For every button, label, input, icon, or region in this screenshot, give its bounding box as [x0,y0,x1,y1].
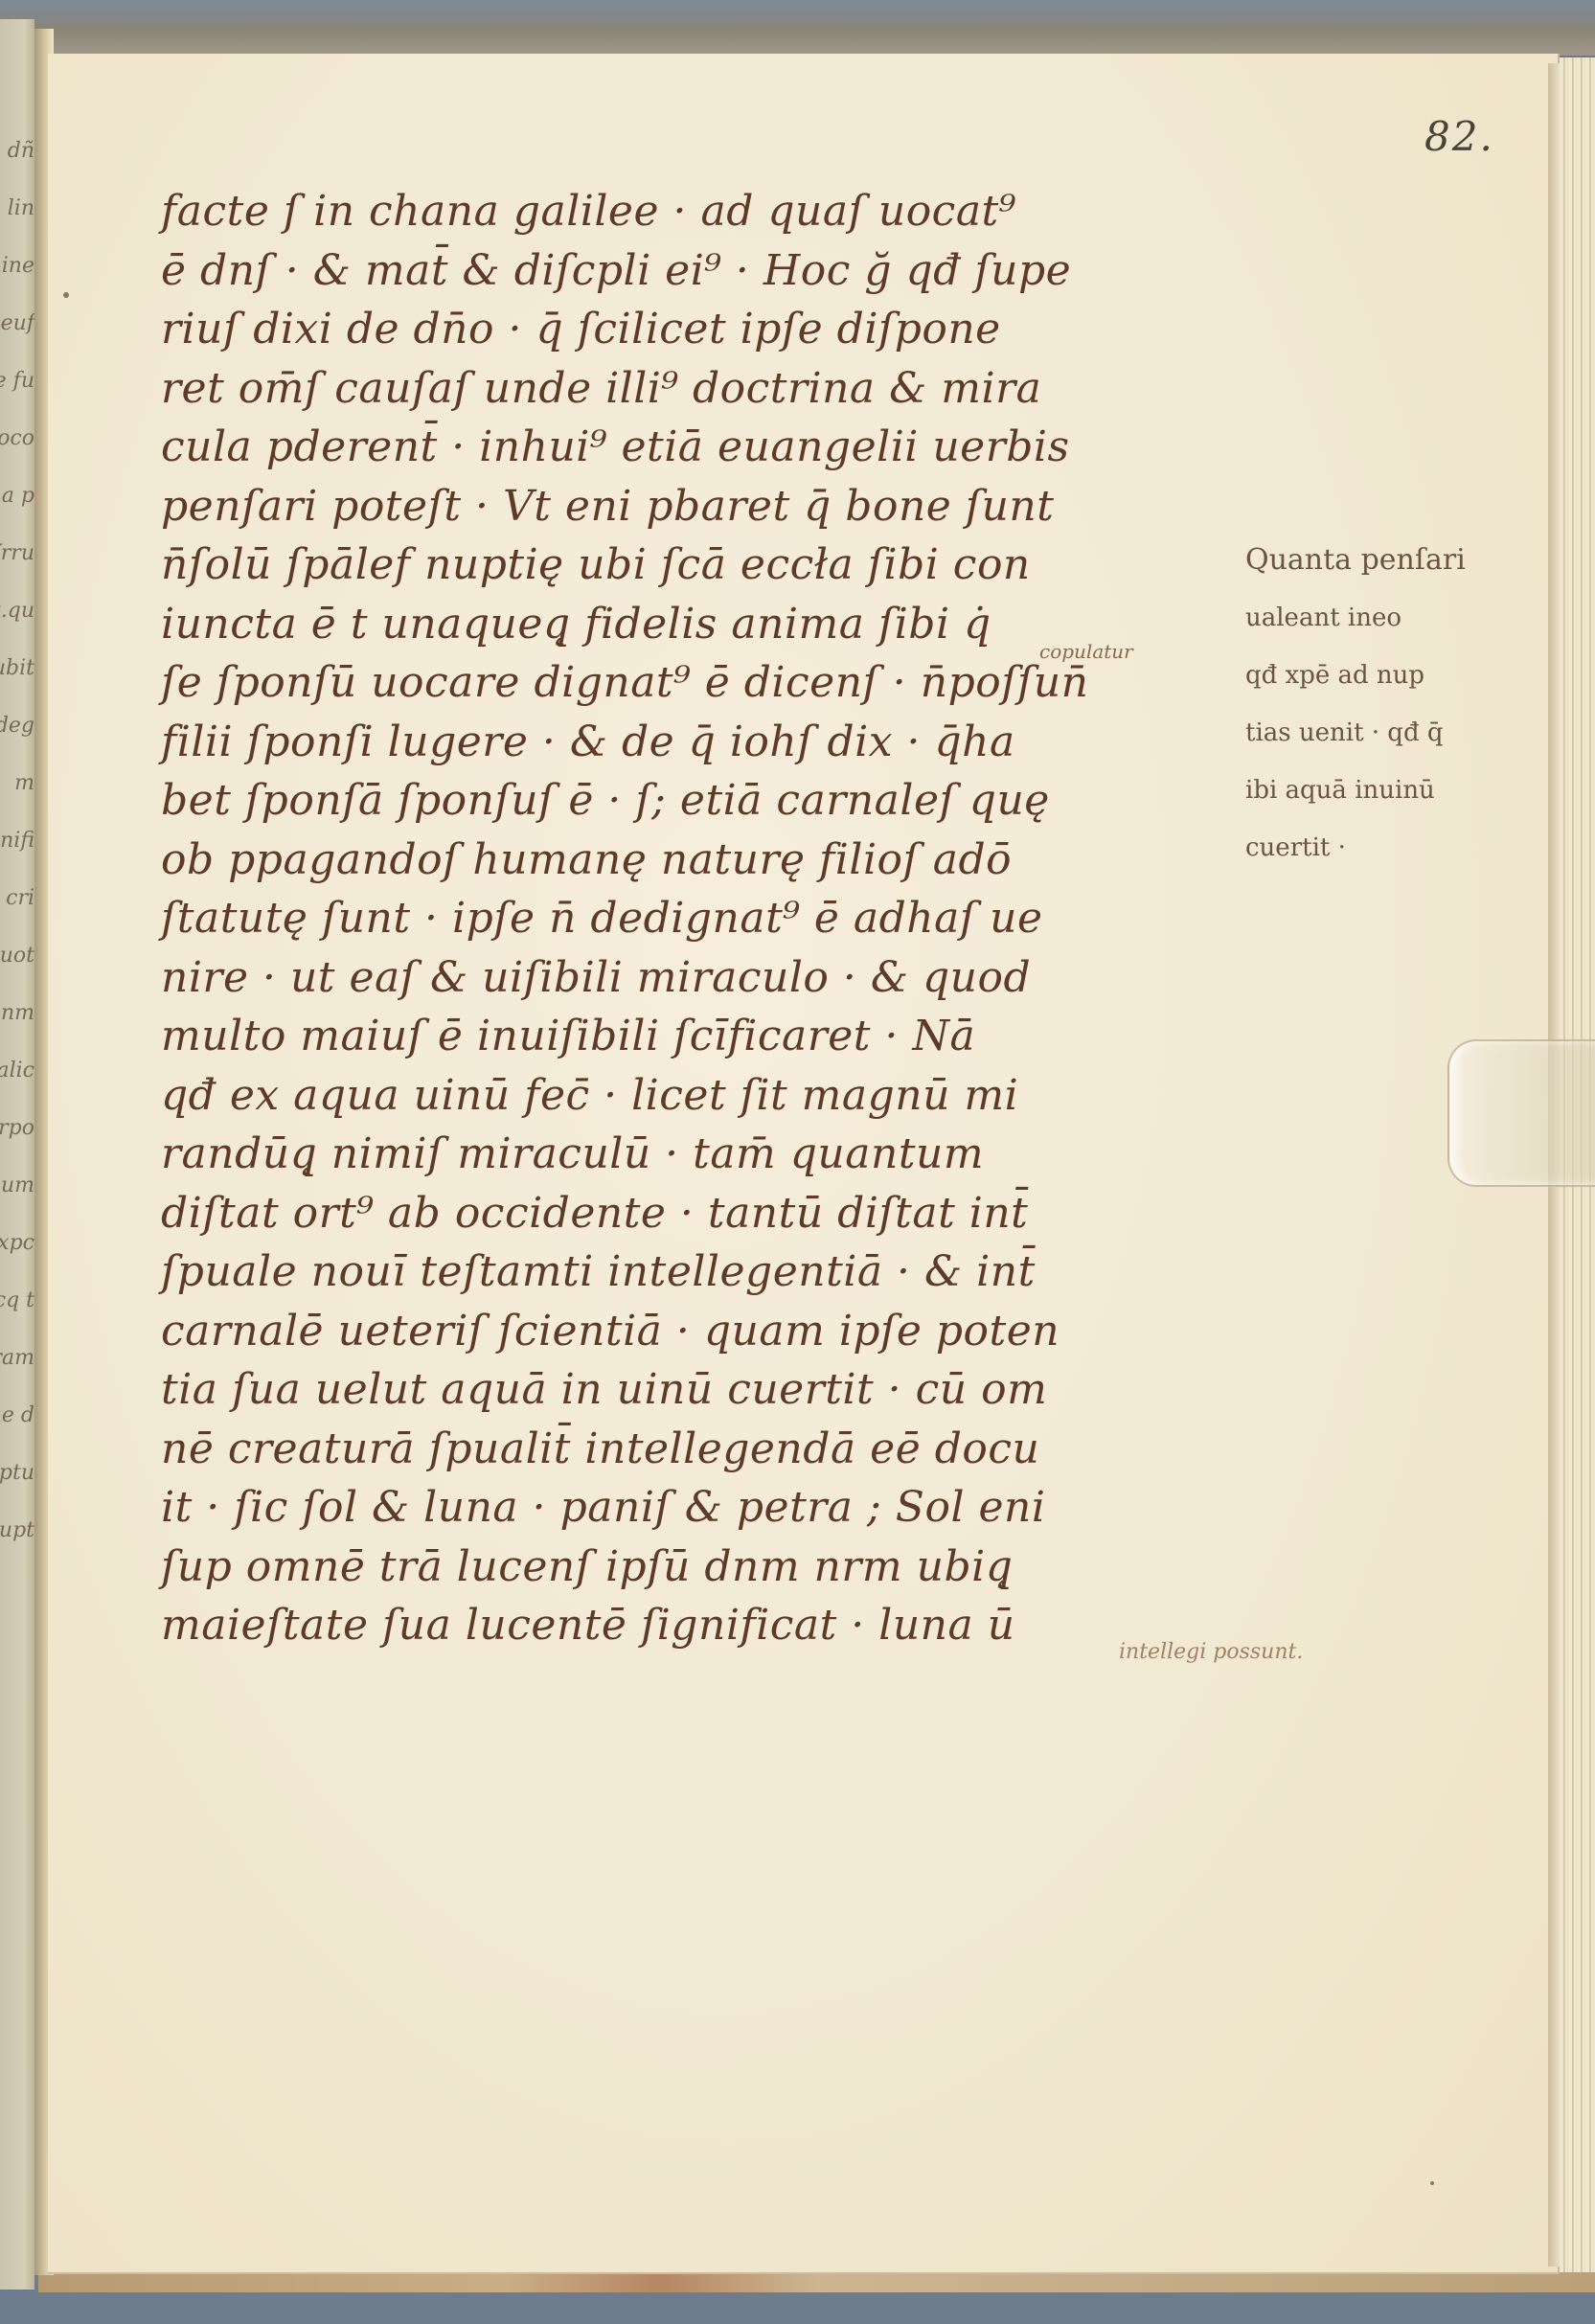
previous-leaf-fragment: na p [0,484,34,508]
text-line: penſari poteſt · Vt eni pbaret q̄ bone ſ… [161,477,1263,536]
marginal-line: ibi aquā inuinū [1245,762,1552,819]
previous-leaf-fragment: orram [0,1346,34,1370]
previous-leaf-fragment: t.qu [0,599,34,623]
text-line: ſpuale nouī teſtamti intellegentiā · & i… [161,1242,1263,1302]
main-text-block: facte ſ in chana galilee · ad quaſ uocat… [161,182,1263,1655]
text-line: nire · ut eaſ & uiſibili miraculo · & qu… [161,948,1263,1008]
folio-number: 82. [1424,113,1494,160]
previous-leaf-fragment: m [0,771,34,795]
previous-leaf-fragment: c xpc [0,1231,34,1255]
text-line: ē dnſ · & mat̄ & diſcpli ei⁹ · Hoc ğ qđ … [161,241,1263,301]
text-line: qđ ex aqua uinū fec̄ · licet ſit magnū m… [161,1066,1263,1126]
text-line: it · ſic ſol & luna · paniſ & petra ; So… [161,1478,1263,1538]
text-line: ſup omnē trā lucenſ ipſū dnm nrm ubiq̨ [161,1538,1263,1597]
previous-leaf-fragment: lubit [0,656,34,680]
marginal-note: Quanta penſari ualeant ineo qđ xpē ad nu… [1245,532,1552,877]
ink-spot [63,292,69,298]
previous-leaf-fragment: dñ [0,139,34,163]
previous-leaf-fragment: nedeg [0,714,34,738]
text-line: nē creaturā ſpualit̄ intellegendā eē doc… [161,1420,1263,1479]
previous-leaf-fragment: a eum [0,1173,34,1197]
text-line: ob ppagandoſ humanę naturę filioſ adō [161,831,1263,890]
marginal-line: ualeant ineo [1245,589,1552,647]
book-top-edge [0,0,1595,56]
marginal-line: cuertit · [1245,819,1552,877]
previous-leaf-fragment: Vrru [0,541,34,565]
previous-leaf-fragment: nine [0,254,34,278]
text-line: maieſtate ſua lucentē ſignificat · luna … [161,1596,1263,1655]
text-line: multo maiuſ ē inuiſibili ſcīficaret · Nā [161,1007,1263,1066]
text-line: tia ſua uelut aquā in uinū cuertit · cū … [161,1360,1263,1420]
marginal-line: tias uenit · qđ q̄ [1245,704,1552,762]
text-line: facte ſ in chana galilee · ad quaſ uocat… [161,182,1263,241]
marginal-line: Quanta penſari [1245,532,1552,589]
text-line: ret om̄ſ cauſaſ unde illi⁹ doctrina & mi… [161,359,1263,419]
text-line: ſtatutę ſunt · ipſe n̄ dedignat⁹ ē adhaſ… [161,889,1263,948]
previous-leaf-fragment: nifi [0,829,34,853]
previous-leaf-fragment: fe cri [0,886,34,910]
text-line: filii ſponſi lugere · & de q̄ iohſ dix ·… [161,713,1263,772]
interlinear-gloss-intellegi-possunt: intellegi possunt. [1119,1640,1303,1664]
previous-leaf-fragment: Loco [0,426,34,450]
text-line: carnalē ueteriſ ſcientiā · quam ipſe pot… [161,1302,1263,1361]
previous-leaf-edge: dñlinnineeufe fuLocona pVrrut.qulubitned… [0,19,34,2290]
previous-leaf-fragment: alic [0,1059,34,1082]
previous-leaf-fragment: lin [0,196,34,220]
previous-leaf-fragment: corpo [0,1116,34,1140]
text-line: randūq̨ nimiſ miraculū · tam̄ quantum [161,1125,1263,1184]
text-line: bet ſponſā ſponſuſ ē · ſ; etiā carnaleſ … [161,771,1263,831]
previous-leaf-fragment: ficq t [0,1288,34,1312]
previous-leaf-fragment: e fu [0,369,34,393]
ink-spot [1430,2181,1434,2185]
previous-leaf-fragment: a nupt [0,1518,34,1542]
page-clip-holder [1447,1039,1595,1187]
previous-leaf-fragment: que d [0,1403,34,1427]
manuscript-scan: dñlinnineeufe fuLocona pVrrut.qulubitned… [0,0,1595,2324]
marginal-line: qđ xpē ad nup [1245,647,1552,704]
text-line: riuſ dixi de dn̄o · q̄ ſcilicet ipſe diſ… [161,300,1263,359]
previous-leaf-fragment: u inm [0,1001,34,1025]
previous-leaf-fragment: euf [0,311,34,335]
interlinear-gloss-copulatur: copulatur [1039,640,1133,663]
previous-leaf-fragment: duot [0,944,34,968]
text-line: n̄ſolū ſpālef nuptię ubi ſcā eccła ſibi … [161,535,1263,595]
text-line: cula pderent̄ · inhui⁹ etiā euangelii ue… [161,418,1263,477]
text-line: diſtat ort⁹ ab occidente · tantū diſtat … [161,1184,1263,1243]
previous-leaf-fragment: criptu [0,1461,34,1485]
